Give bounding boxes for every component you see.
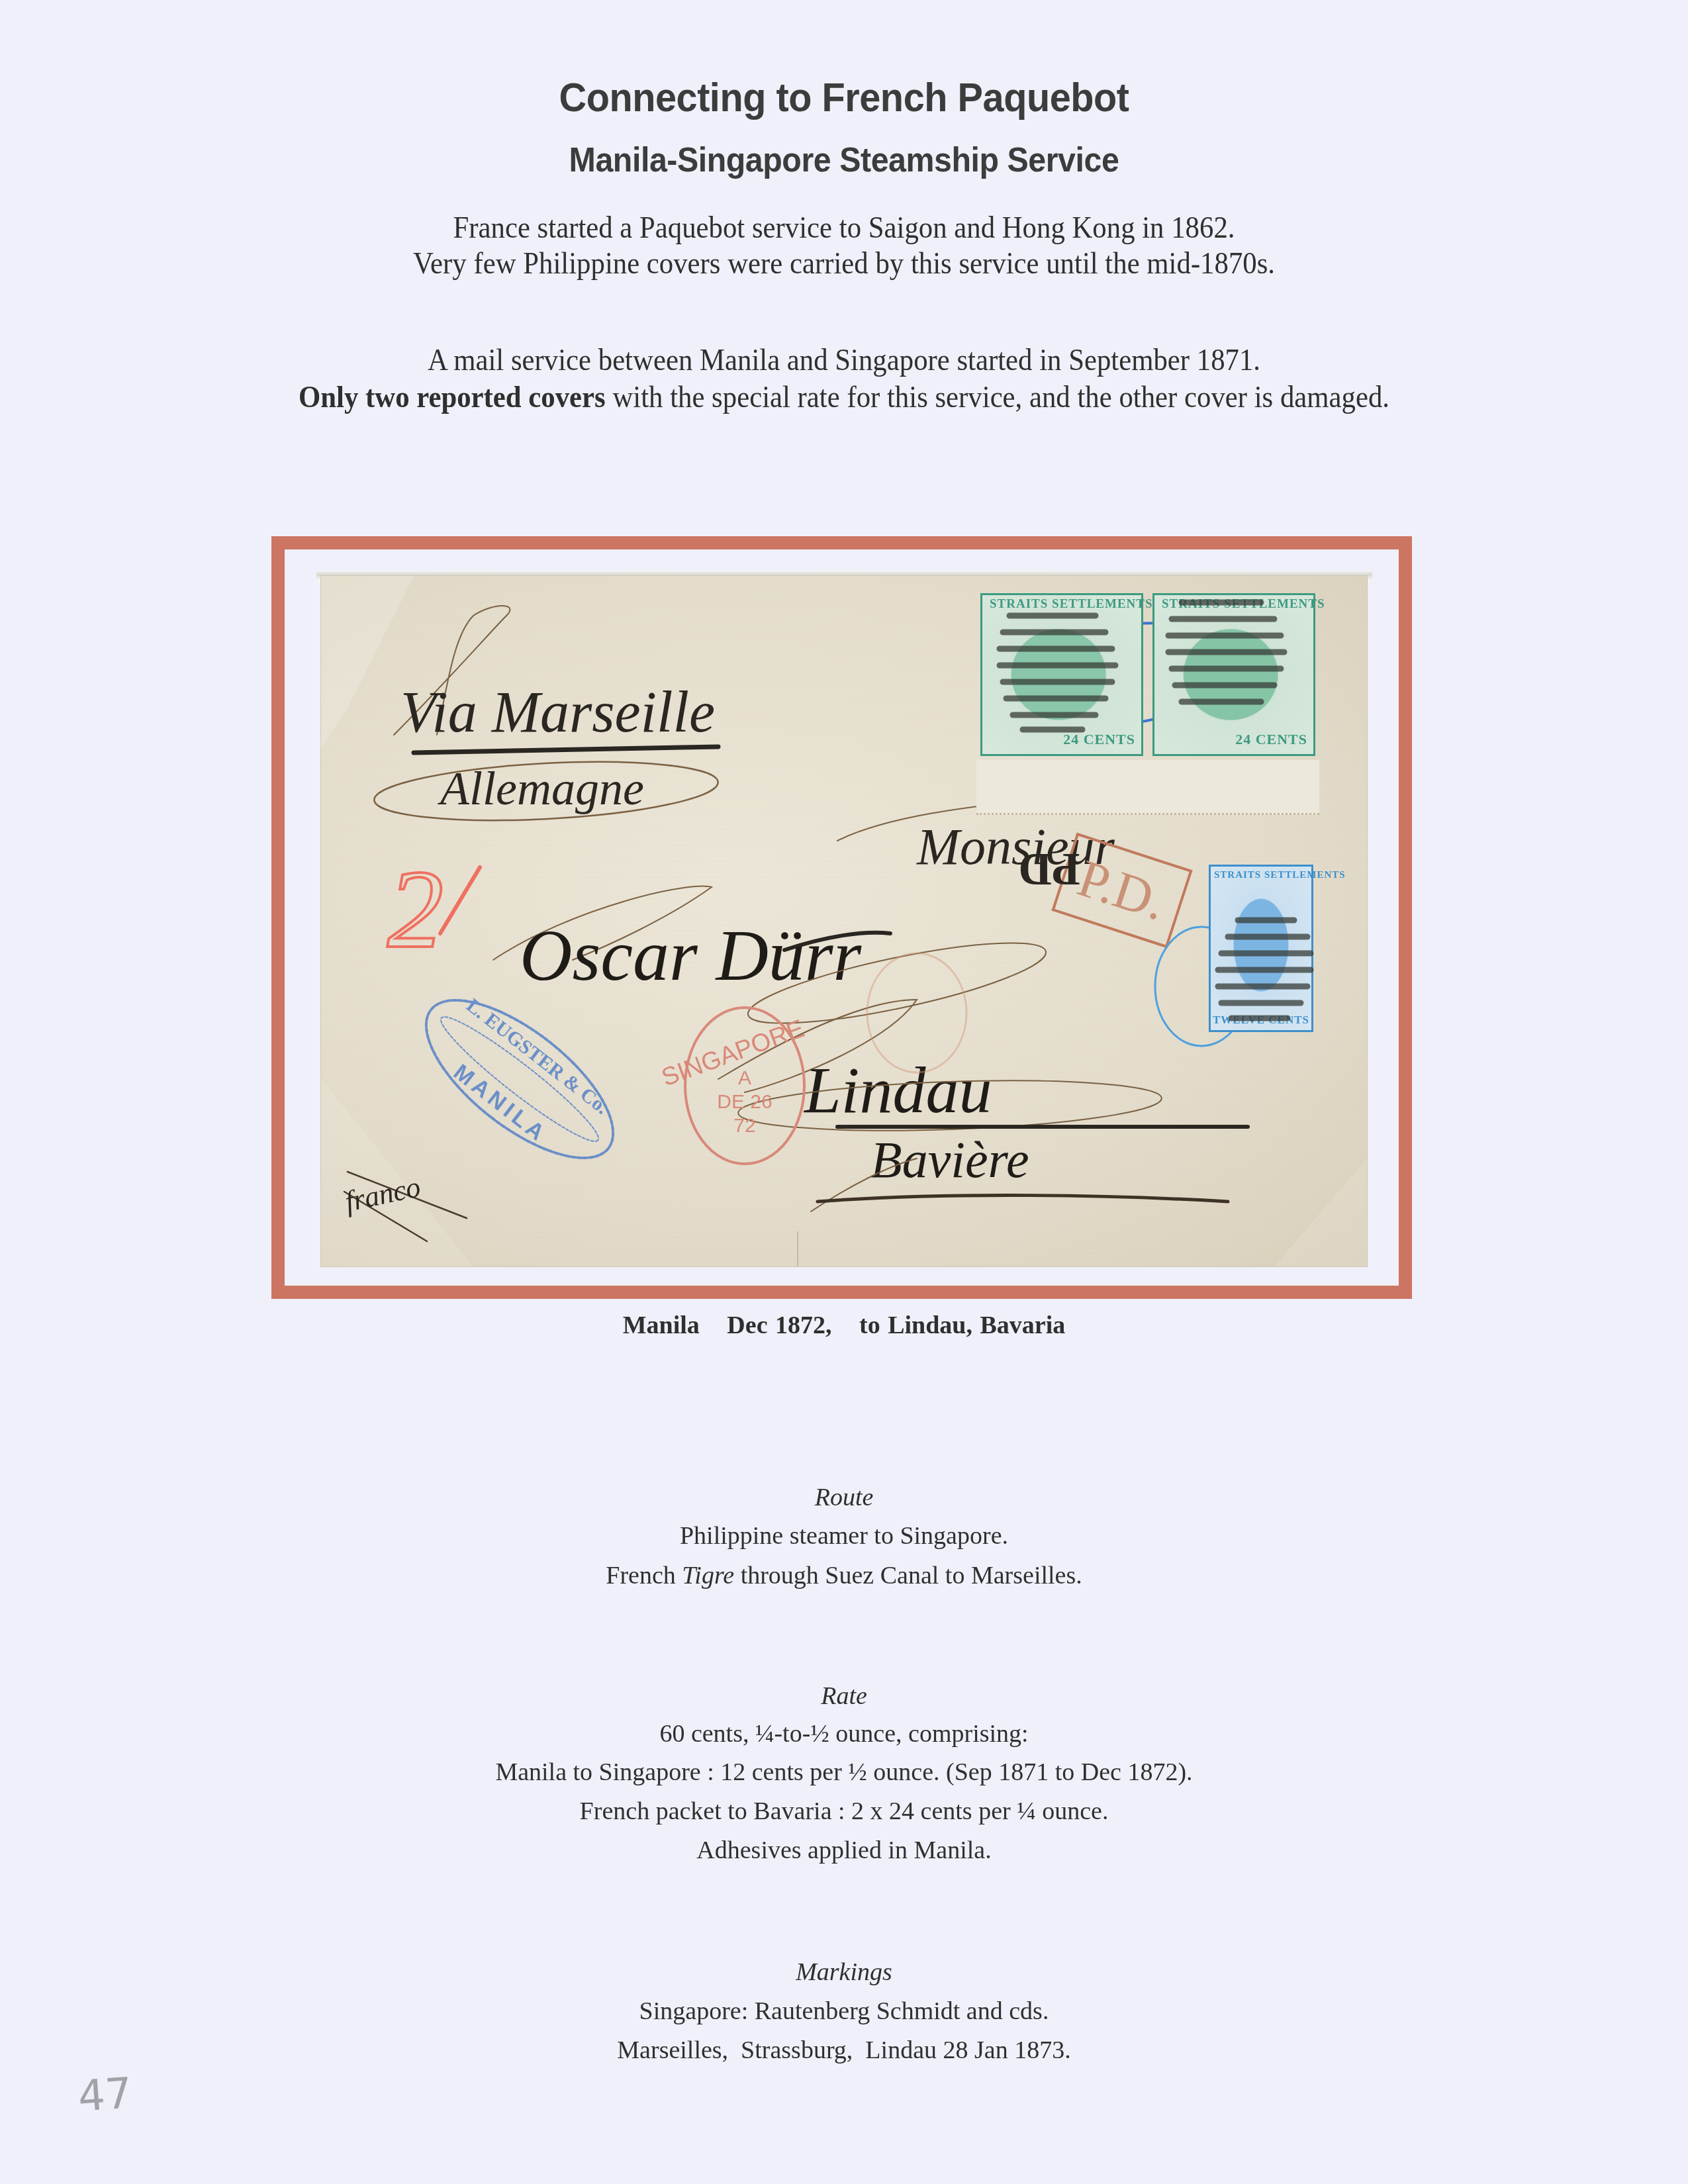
stamp-value: TWELVE CENTS <box>1213 1014 1309 1027</box>
intro-emphasis-rest: with the special rate for this service, … <box>606 380 1389 414</box>
stamp-selvage <box>976 760 1319 815</box>
cachet-line2: MANILA <box>449 1059 552 1148</box>
route-line2-pre: French <box>606 1562 682 1590</box>
caption-destination: to Lindau, Bavaria <box>859 1311 1065 1339</box>
page-title: Connecting to French Paquebot <box>59 74 1629 121</box>
eugster-cachet: L. EUGSTER & Co. MANILA <box>402 973 638 1186</box>
markings-line: Singapore: Rautenberg Schmidt and cds. <box>0 1997 1688 2026</box>
page-subtitle: Manila-Singapore Steamship Service <box>59 140 1629 180</box>
cds-date: DE 26 <box>717 1091 772 1113</box>
route-line2-post: through Suez Canal to Marseilles. <box>734 1562 1082 1590</box>
routing-country-text: Allemagne <box>438 762 644 815</box>
postal-cover: Via Marseille Allemagne Monsieur Oscar D… <box>321 576 1367 1266</box>
intro-emphasis-bold: Only two reported covers <box>299 380 606 414</box>
cover-caption: Manila Dec 1872, to Lindau, Bavaria <box>0 1311 1688 1340</box>
addressee-text: Oscar Dürr <box>520 915 863 996</box>
stamp-value: 24 CENTS <box>1063 731 1135 748</box>
route-ship-name: Tigre <box>682 1562 734 1590</box>
stamp-legend: STRAITS SETTLEMENTS <box>1162 597 1325 612</box>
markings-heading: Markings <box>0 1958 1688 1987</box>
caption-origin: Manila <box>623 1311 700 1339</box>
cds-city: SINGAPORE <box>658 1015 808 1092</box>
stamp-value: 24 CENTS <box>1235 731 1307 748</box>
stamp-12-cents: STRAITS SETTLEMENTS TWELVE CENTS <box>1205 861 1317 1036</box>
rate-line: French packet to Bavaria : 2 x 24 cents … <box>0 1797 1688 1826</box>
rate-numeral-text: 2 <box>387 847 444 971</box>
pd-black-text: PD <box>1018 843 1080 894</box>
stamp-legend: STRAITS SETTLEMENTS <box>990 597 1153 612</box>
intro-emphasis-line: Only two reported covers with the specia… <box>59 380 1629 414</box>
cds-letter: A <box>738 1067 751 1089</box>
singapore-cds: SINGAPORE A DE 26 72 <box>658 1008 808 1164</box>
cds-year: 72 <box>733 1115 755 1137</box>
route-heading: Route <box>0 1483 1688 1512</box>
rate-line: 60 cents, ¼-to-½ ounce, comprising: <box>0 1719 1688 1748</box>
route-line: French Tigre through Suez Canal to Marse… <box>0 1561 1688 1590</box>
rate-heading: Rate <box>0 1682 1688 1711</box>
stamp-24-cents: STRAITS SETTLEMENTS 24 CENTS <box>1149 589 1319 760</box>
intro-line: A mail service between Manila and Singap… <box>59 343 1629 377</box>
markings-line: Marseilles, Strassburg, Lindau 28 Jan 18… <box>0 2036 1688 2065</box>
region-text: Bavière <box>870 1131 1029 1188</box>
rate-line: Manila to Singapore : 12 cents per ½ oun… <box>0 1758 1688 1787</box>
routing-text: Via Marseille <box>400 681 715 745</box>
caption-date: Dec 1872, <box>727 1311 831 1339</box>
rate-line: Adhesives applied in Manila. <box>0 1836 1688 1865</box>
page-number: 47 <box>77 2069 134 2122</box>
intro-line: Very few Philippine covers were carried … <box>59 246 1629 281</box>
stamp-legend: STRAITS SETTLEMENTS <box>1214 870 1346 881</box>
route-line: Philippine steamer to Singapore. <box>0 1521 1688 1550</box>
intro-line: France started a Paquebot service to Sai… <box>59 211 1629 245</box>
stamp-24-cents: STRAITS SETTLEMENTS 24 CENTS <box>976 589 1147 760</box>
